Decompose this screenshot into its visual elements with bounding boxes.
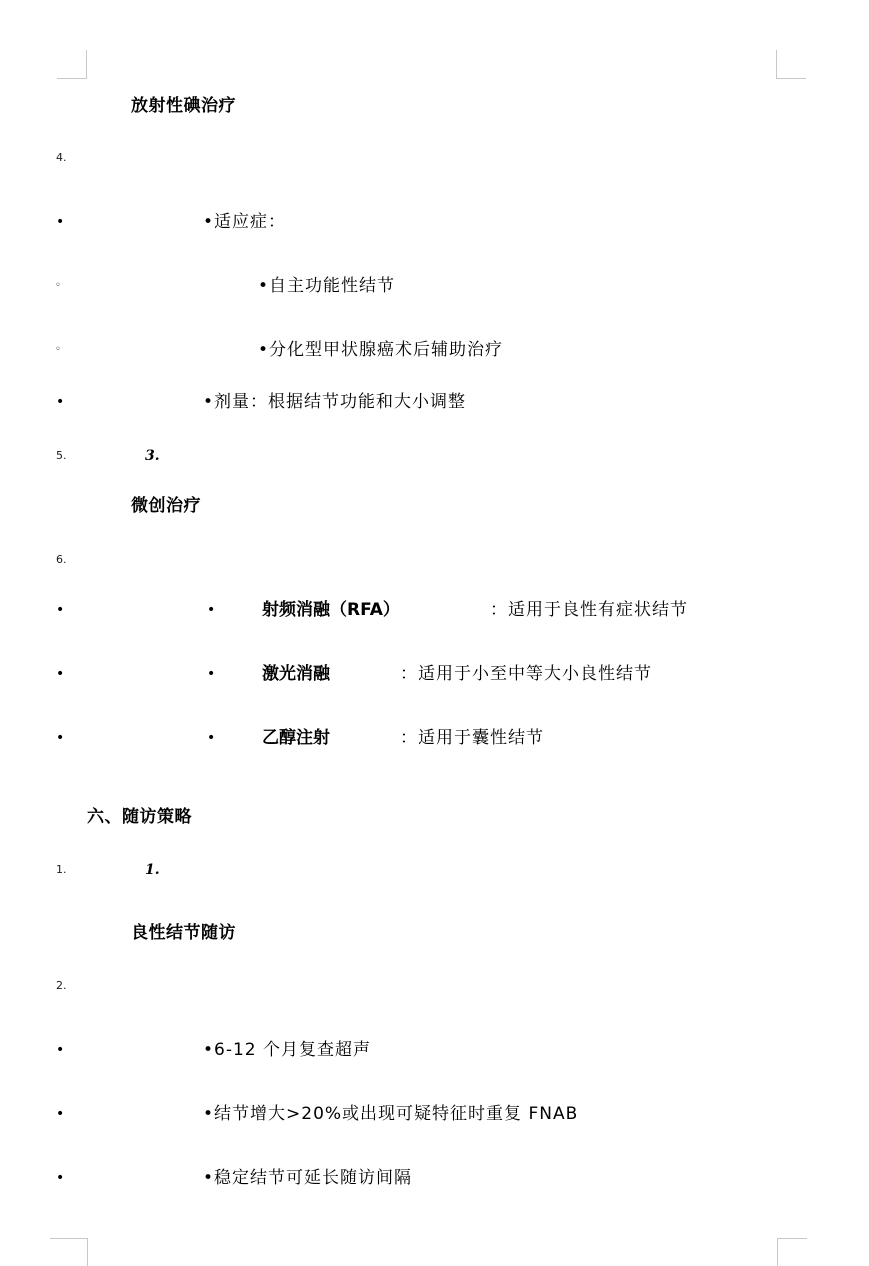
list-item: • •结节增大>20%或出现可疑特征时重复 FNAB [0,1099,869,1129]
list-item-text: •分化型甲状腺癌术后辅助治疗 [258,335,503,365]
section-heading-radioiodine-row: 放射性碘治疗 [0,91,869,121]
bullet-marker: • [56,1163,64,1193]
treatment-description: ：适用于小至中等大小良性结节 [400,659,652,689]
list-number-row: 4. [0,143,869,173]
list-item-text: •6-12 个月复查超声 [203,1035,371,1065]
bullet-marker: • [56,387,64,417]
list-number-row: 5. 3. [0,441,869,471]
list-item: • • 激光消融 ：适用于小至中等大小良性结节 [0,659,869,689]
list-number: 6. [56,545,67,575]
bullet-marker: • [56,723,64,753]
sub-list-number: 3. [145,441,160,471]
list-item: • •6-12 个月复查超声 [0,1035,869,1065]
subheading-benign-followup-row: 良性结节随访 [0,918,869,948]
section-heading-followup-row: 六、随访策略 [0,802,869,832]
page-corner-mark-top-left [57,50,87,79]
list-number-row: 2. [0,971,869,1001]
section-heading: 放射性碘治疗 [131,91,236,121]
list-item-text: •稳定结节可延长随访间隔 [203,1163,412,1193]
circle-bullet-marker: ◦ [55,335,61,365]
list-item: • • 乙醇注射 ：适用于囊性结节 [0,723,869,753]
treatment-description: ：适用于良性有症状结节 [490,595,688,625]
list-number: 2. [56,971,67,1001]
list-item-text: •自主功能性结节 [258,271,395,301]
bullet-marker: • [56,659,64,689]
page-corner-mark-bottom-right [777,1238,807,1266]
bullet-marker: • [56,1099,64,1129]
circle-bullet-marker: ◦ [55,271,61,301]
list-item: ◦ •分化型甲状腺癌术后辅助治疗 [0,335,869,365]
sub-list-number: 1. [145,855,160,885]
list-item: • • 射频消融（RFA） ：适用于良性有症状结节 [0,595,869,625]
section-heading-minimally-invasive-row: 微创治疗 [0,491,869,521]
treatment-term: 激光消融 [262,659,330,689]
list-number-row: 6. [0,545,869,575]
treatment-term: 乙醇注射 [262,723,330,753]
section-heading: 微创治疗 [131,491,201,521]
bullet-marker: • [56,207,64,237]
list-item: • •稳定结节可延长随访间隔 [0,1163,869,1193]
list-number: 1. [56,855,67,885]
section-heading: 六、随访策略 [87,802,192,832]
page-corner-mark-top-right [776,50,806,79]
list-item-text: •结节增大>20%或出现可疑特征时重复 FNAB [203,1099,578,1129]
treatment-description: ：适用于囊性结节 [400,723,544,753]
list-number: 4. [56,143,67,173]
list-number: 5. [56,441,67,471]
inline-bullet: • [207,659,215,689]
page-corner-mark-bottom-left [50,1238,88,1266]
list-item-text: •剂量：根据结节功能和大小调整 [203,387,466,417]
inline-bullet: • [207,723,215,753]
list-item-text: •适应症： [203,207,286,237]
subsection-heading: 良性结节随访 [131,918,236,948]
list-item: • •剂量：根据结节功能和大小调整 [0,387,869,417]
list-item: • •适应症： [0,207,869,237]
list-number-row: 1. 1. [0,855,869,885]
treatment-term: 射频消融（RFA） [262,595,400,625]
bullet-marker: • [56,1035,64,1065]
bullet-marker: • [56,595,64,625]
inline-bullet: • [207,595,215,625]
list-item: ◦ •自主功能性结节 [0,271,869,301]
